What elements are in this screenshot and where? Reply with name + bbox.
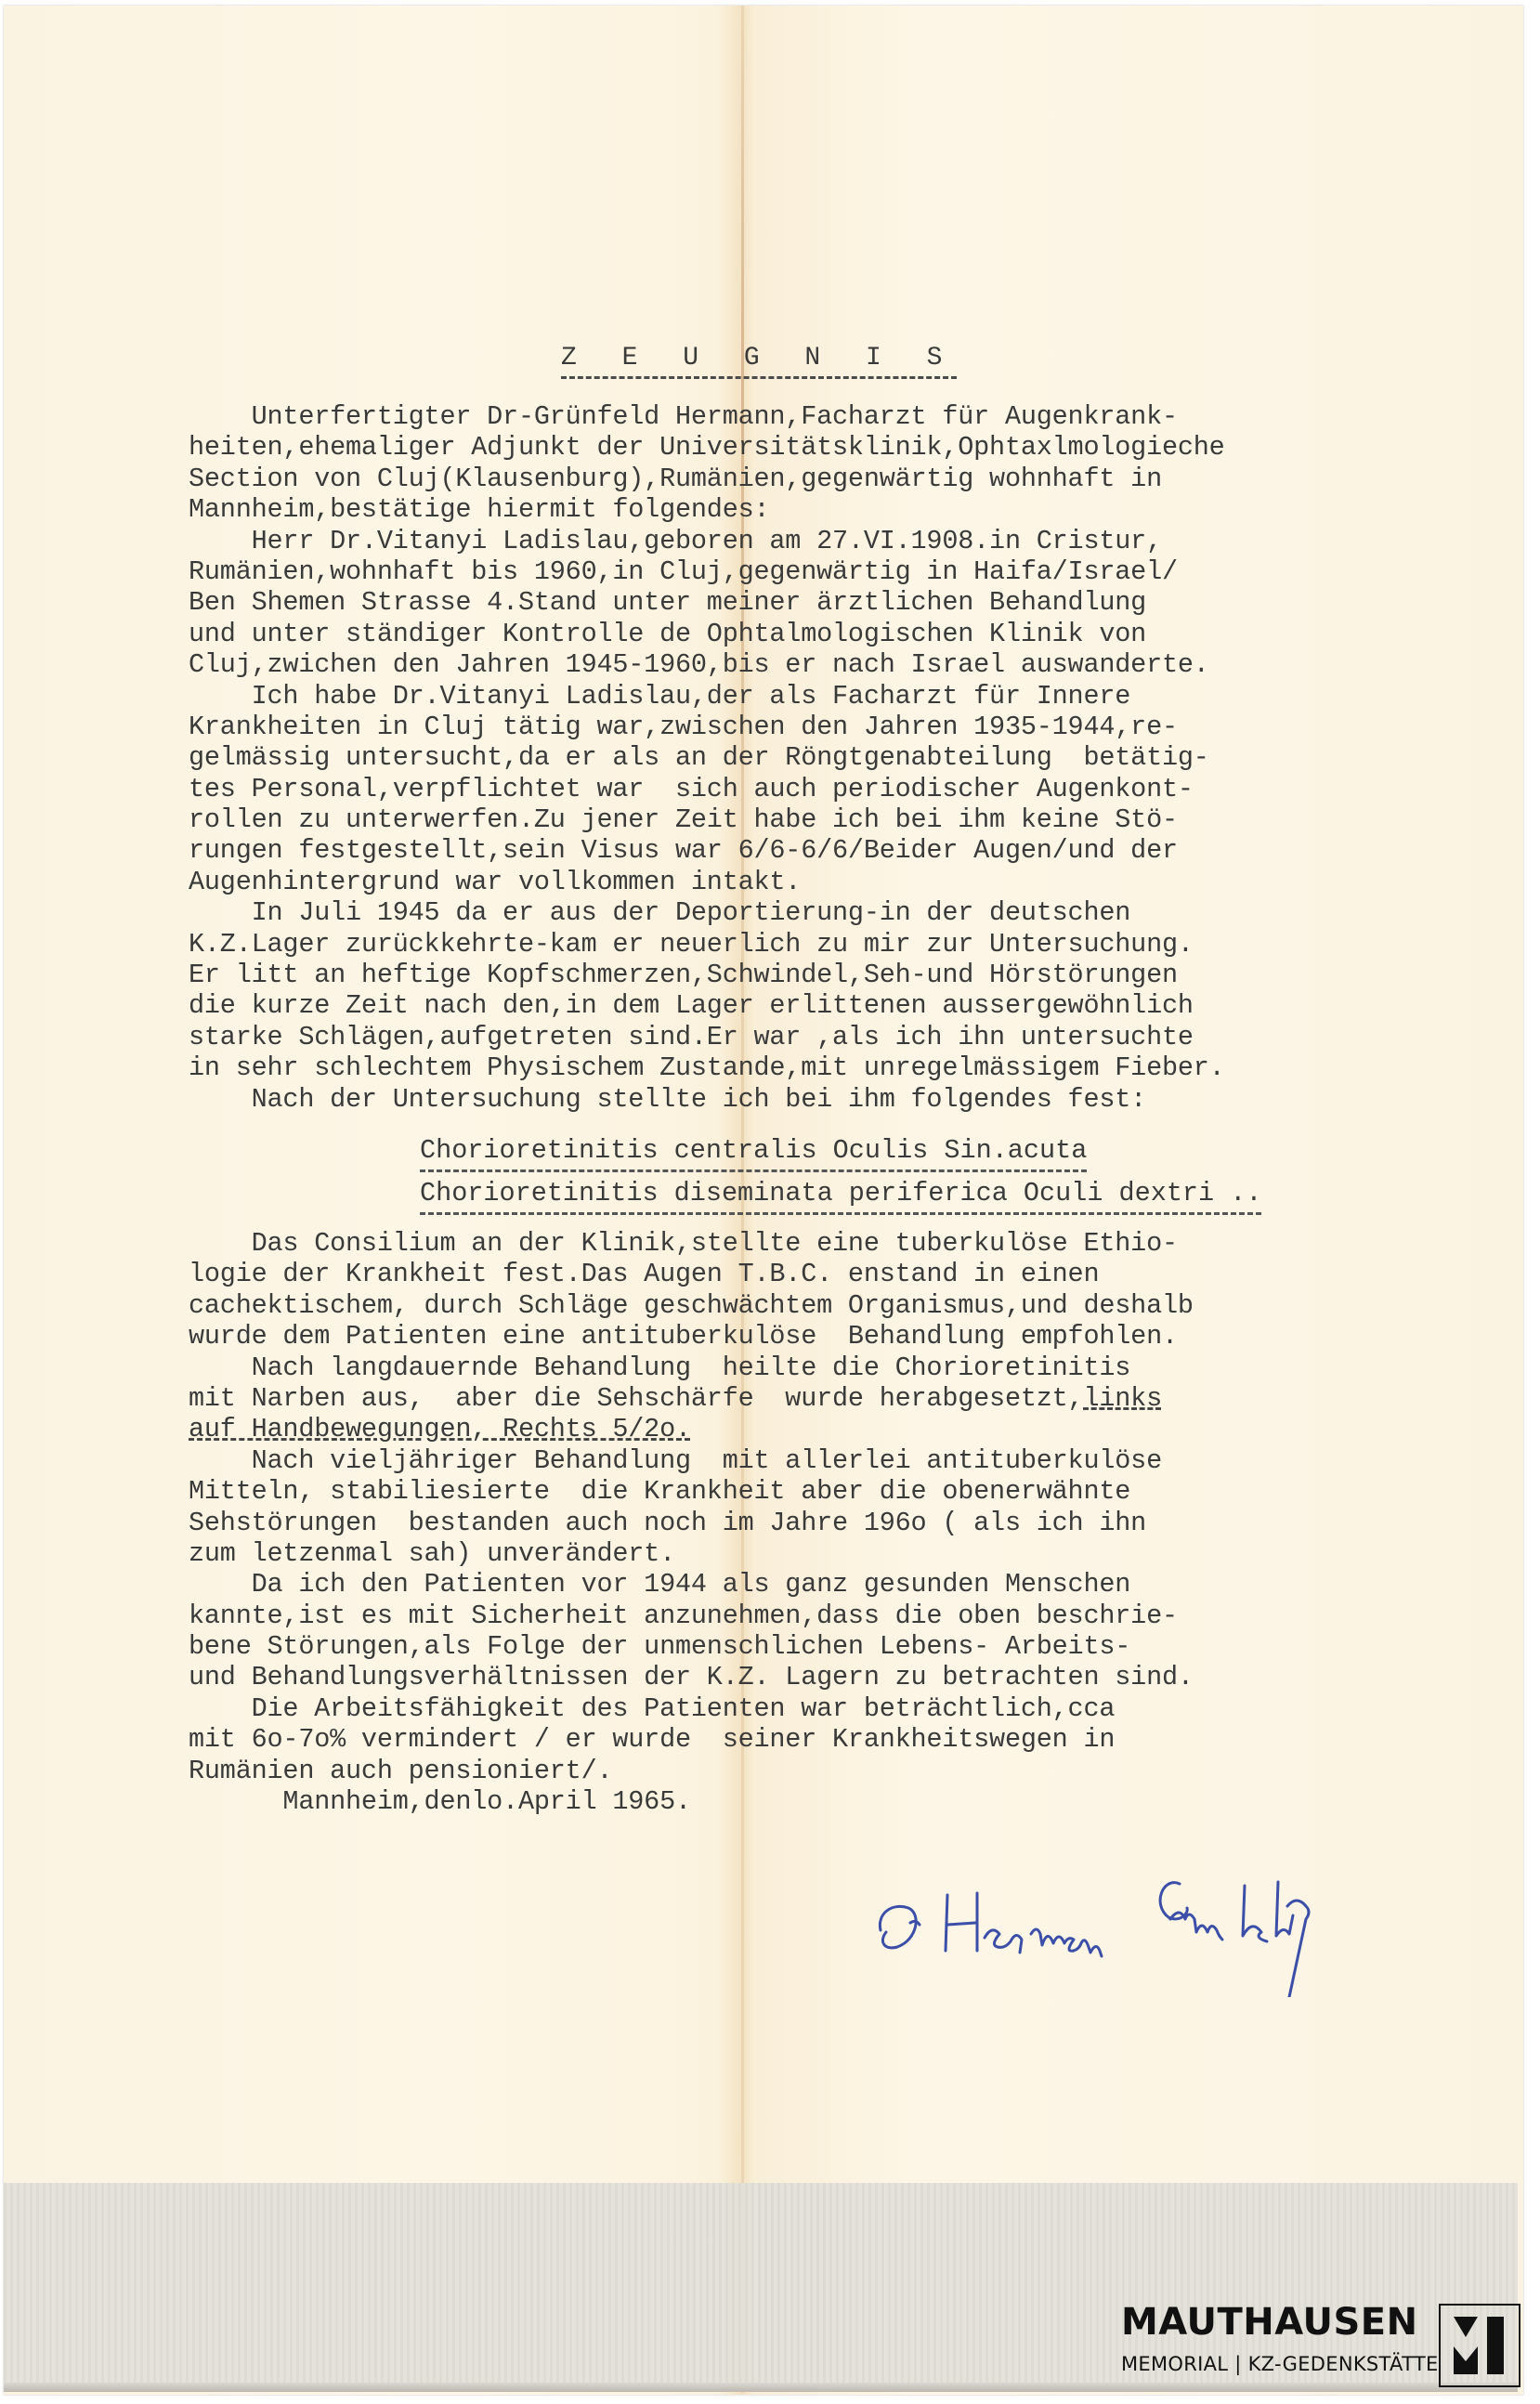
text-line: wurde dem Patienten eine antituberkulöse… [189,1321,1489,1352]
text-line: mit Narben aus, aber die Sehschärfe wurd… [189,1383,1489,1414]
text-segment: mit Narben aus, aber die Sehschärfe wurd… [189,1383,1083,1414]
diagnosis-1: Chorioretinitis centralis Oculis Sin.acu… [420,1135,1087,1172]
text-line: Rumänien auch pensioniert/. [189,1756,1489,1786]
mauthausen-memorial-logo: MAUTHAUSEN MEMORIAL | KZ-GEDENKSTÄTTE [1121,2301,1530,2403]
text-line: Nach langdauernde Behandlung heilte die … [189,1352,1489,1383]
text-line: Mitteln, stabiliesierte die Krankheit ab… [189,1476,1489,1507]
text-line: cachektischem, durch Schläge geschwächte… [189,1290,1489,1321]
text-line: In Juli 1945 da er aus der Deportierung-… [189,897,1489,928]
text-line: Das Consilium an der Klinik,stellte eine… [189,1228,1489,1259]
text-line: gelmässig untersucht,da er als an der Rö… [189,742,1489,773]
text-line: Da ich den Patienten vor 1944 als ganz g… [189,1569,1489,1600]
text-line: heiten,ehemaliger Adjunkt der Universitä… [189,432,1489,463]
document-body-continued: Das Consilium an der Klinik,stellte eine… [189,1228,1489,1817]
text-line: Nach vieljähriger Behandlung mit allerle… [189,1445,1489,1476]
text-line: Ben Shemen Strasse 4.Stand unter meiner … [189,587,1489,618]
text-line: Nach der Untersuchung stellte ich bei ih… [189,1084,1489,1115]
underlined-word: links [1083,1383,1162,1414]
signature-icon [873,1858,1393,1997]
text-line: Mannheim,bestätige hiermit folgendes: [189,494,1489,525]
text-line: zum letzenmal sah) unverändert. [189,1538,1489,1569]
date-line: Mannheim,denlo.April 1965. [189,1786,1489,1817]
text-line: Rumänien,wohnhaft bis 1960,in Cluj,gegen… [189,556,1489,587]
text-line: Er litt an heftige Kopfschmerzen,Schwind… [189,960,1489,990]
logo-mark-icon [1439,2304,1520,2387]
text-line: die kurze Zeit nach den,in dem Lager erl… [189,990,1489,1021]
text-line: Herr Dr.Vitanyi Ladislau,geboren am 27.V… [189,526,1489,556]
text-line: Die Arbeitsfähigkeit des Patienten war b… [189,1693,1489,1724]
text-line: in sehr schlechtem Physischem Zustande,m… [189,1052,1489,1083]
text-line: rungen festgestellt,sein Visus war 6/6-6… [189,835,1489,866]
text-line: Sehstörungen bestanden auch noch im Jahr… [189,1508,1489,1538]
text-line: Unterfertigter Dr-Grünfeld Hermann,Facha… [189,401,1489,432]
text-line-underlined: auf Handbewegungen, Rechts 5/2o. [189,1414,1489,1444]
text-line: Cluj,zwichen den Jahren 1945-1960,bis er… [189,649,1489,680]
text-line: starke Schlägen,aufgetreten sind.Er war … [189,1022,1489,1052]
text-line: und unter ständiger Kontrolle de Ophtalm… [189,619,1489,649]
text-line: mit 6o-7o% vermindert / er wurde seiner … [189,1724,1489,1755]
text-line: tes Personal,verpflichtet war sich auch … [189,774,1489,804]
logo-subtitle: MEMORIAL | KZ-GEDENKSTÄTTE [1121,2353,1439,2375]
text-line: Section von Cluj(Klausenburg),Rumänien,g… [189,464,1489,494]
document-body: Unterfertigter Dr-Grünfeld Hermann,Facha… [189,401,1489,1115]
logo-title: MAUTHAUSEN [1121,2301,1418,2344]
text-line: Krankheiten in Cluj tätig war,zwischen d… [189,712,1489,742]
text-line: Augenhintergrund war vollkommen intakt. [189,867,1489,897]
text-line: und Behandlungsverhältnissen der K.Z. La… [189,1662,1489,1692]
text-line: kannte,ist es mit Sicherheit anzunehmen,… [189,1600,1489,1631]
document-title: Z E U G N I S [561,344,957,379]
text-line: logie der Krankheit fest.Das Augen T.B.C… [189,1259,1489,1289]
text-line: K.Z.Lager zurückkehrte-kam er neuerlich … [189,929,1489,960]
text-line: rollen zu unterwerfen.Zu jener Zeit habe… [189,804,1489,835]
text-line: Ich habe Dr.Vitanyi Ladislau,der als Fac… [189,681,1489,712]
handwritten-signature [873,1858,1393,1997]
diagnosis-2: Chorioretinitis diseminata periferica Oc… [420,1178,1261,1215]
text-line: bene Störungen,als Folge der unmenschlic… [189,1631,1489,1662]
